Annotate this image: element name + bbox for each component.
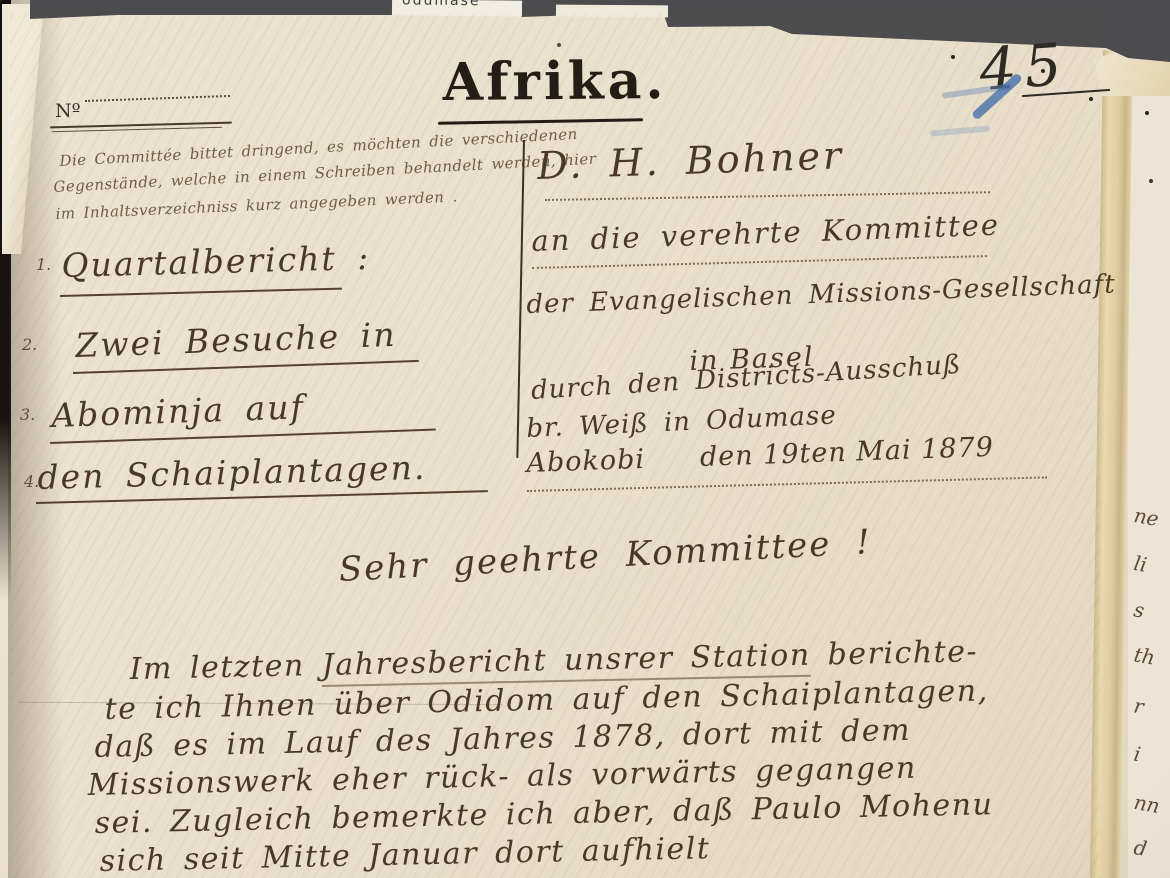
document-photo: odumase Nº Afrika. 45 Die Committée bitt…: [0, 0, 1170, 878]
sender-name: D. H. Bohner: [536, 133, 844, 188]
committee-note-line-3: im Inhaltsverzeichniss kurz angegeben we…: [55, 187, 458, 223]
adjacent-page-fragment: ne: [1132, 503, 1161, 531]
paper-slip: odumase: [392, 0, 522, 17]
place: Abokobi: [526, 444, 646, 479]
index-number-1: 1.: [36, 255, 51, 274]
salutation: Sehr geehrte Kommittee !: [338, 522, 873, 590]
place-date-gap: [645, 466, 700, 468]
adjacent-page-fragment: nn: [1132, 790, 1162, 818]
date-dotted-line: [527, 476, 1047, 492]
index-item-1: Quartalbericht :: [61, 238, 371, 285]
address-dotted-line-2: [532, 255, 987, 269]
body-line-1-post: berichte-: [810, 634, 978, 673]
page-title: Afrika.: [442, 50, 667, 113]
index-underline-1: [60, 288, 342, 297]
number-dotted-line: [85, 95, 230, 102]
index-number-2: 2.: [22, 335, 37, 354]
index-item-2: Zwei Besuche in: [75, 315, 397, 365]
index-item-3: Abominja auf: [51, 387, 306, 435]
column-divider-line: [516, 140, 525, 458]
date: den 19ten Mai 1879: [699, 432, 994, 473]
paper-tab: [556, 5, 668, 18]
index-number-3: 3.: [20, 405, 35, 424]
ink-specks: [0, 0, 2, 2]
address-line-2: an die verehrte Kommittee: [531, 208, 1001, 258]
paper-slip-text: odumase: [402, 0, 481, 9]
sender-dotted-line: [545, 191, 990, 201]
index-item-4: den Schaiplantagen.: [37, 448, 427, 497]
adjacent-page-fragment: th: [1132, 642, 1157, 669]
body-line-1-pre: Im letzten: [129, 648, 322, 687]
title-underline: [438, 118, 643, 125]
number-label: Nº: [55, 100, 81, 122]
address-line-6: br. Weiß in Odumase: [526, 400, 838, 444]
blue-pencil-smudge-2: [930, 125, 990, 136]
address-line-3: der Evangelischen Missions-Gesellschaft: [526, 269, 1116, 320]
page-stack-edge: [1090, 50, 1133, 878]
